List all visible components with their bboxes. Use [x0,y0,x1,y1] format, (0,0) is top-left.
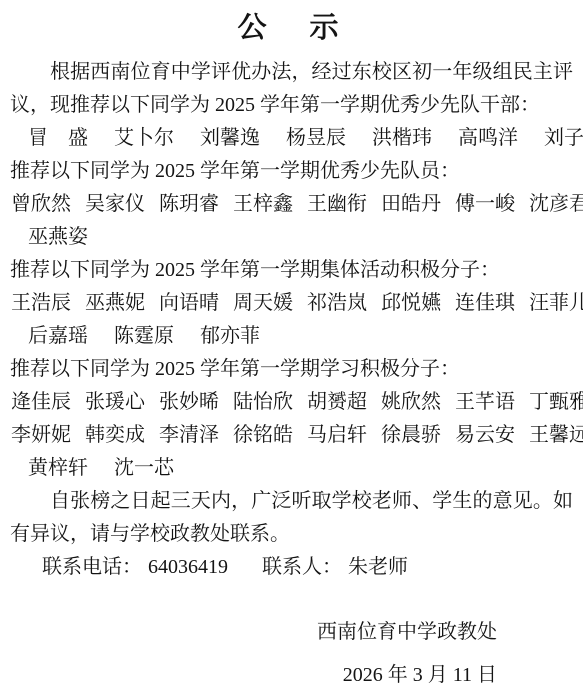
student-name: 黄梓轩 [28,452,88,485]
student-name: 沈一芯 [114,452,174,485]
student-name: 马启轩 [307,419,367,452]
contact-line: 联系电话：64036419联系人：朱老师 [42,551,583,584]
student-name: 祁浩岚 [307,287,367,320]
student-name: 邱悦嬿 [381,287,441,320]
student-name: 巫燕姿 [28,221,88,254]
student-name: 李清泽 [159,419,219,452]
student-name: 李妍妮 [11,419,71,452]
section-heading: 推荐以下同学为 2025 学年第一学期集体活动积极分子： [10,254,573,287]
student-name: 田皓丹 [381,188,441,221]
student-name: 丁甄雅 [529,386,583,419]
student-name: 曾欣然 [11,188,71,221]
student-name: 韩奕成 [85,419,145,452]
name-row: 曾欣然吴家仪陈玥睿王梓鑫王幽衔田皓丹傅一峻沈彦君 [11,188,577,221]
student-name: 陈玥睿 [159,188,219,221]
student-name: 陈霆原 [114,320,174,353]
page-title: 公 示 [0,8,583,48]
intro-paragraph: 根据西南位育中学评优办法，经过东校区初一年级组民主评议，现推荐以下同学为 202… [10,56,573,122]
student-name: 张瑗心 [85,386,145,419]
name-row: 李妍妮韩奕成李清泽徐铭皓马启轩徐晨骄易云安王馨远 [11,419,577,452]
student-name: 王梓鑫 [233,188,293,221]
student-name: 逄佳辰 [11,386,71,419]
student-name: 吴家仪 [85,188,145,221]
name-row: 后嘉瑶陈霆原郁亦菲 [28,320,577,353]
student-name: 陆怡欣 [233,386,293,419]
student-name: 王幽衔 [307,188,367,221]
contact-person-label: 联系人： [262,556,342,578]
student-name: 徐铭皓 [233,419,293,452]
signature: 西南位育中学政教处 [0,616,583,649]
student-name: 胡赟超 [307,386,367,419]
student-name: 冒 盛 [28,122,88,155]
student-name: 傅一峻 [455,188,515,221]
student-name: 后嘉瑶 [28,320,88,353]
date: 2026 年 3 月 11 日 [0,659,583,692]
student-name: 连佳琪 [455,287,515,320]
student-name: 徐晨骄 [381,419,441,452]
student-name: 杨昱辰 [286,122,346,155]
name-row: 逄佳辰张瑗心张妙晞陆怡欣胡赟超姚欣然王芊语丁甄雅 [11,386,577,419]
student-name: 王芊语 [455,386,515,419]
section-heading: 推荐以下同学为 2025 学年第一学期优秀少先队员： [10,155,573,188]
student-name: 刘子乔 [544,122,583,155]
student-name: 艾卜尔 [114,122,174,155]
name-row: 黄梓轩沈一芯 [28,452,577,485]
student-name: 洪楷玮 [372,122,432,155]
student-name: 张妙晞 [159,386,219,419]
name-row: 王浩辰巫燕妮向语晴周天媛祁浩岚邱悦嬿连佳琪汪菲儿 [11,287,577,320]
student-name: 刘馨逸 [200,122,260,155]
student-name: 易云安 [455,419,515,452]
name-row: 冒 盛艾卜尔刘馨逸杨昱辰洪楷玮高鸣洋刘子乔 [28,122,577,155]
section-heading: 推荐以下同学为 2025 学年第一学期学习积极分子： [10,353,573,386]
contact-phone-number: 64036419 [148,556,228,578]
closing-paragraph: 自张榜之日起三天内，广泛听取学校老师、学生的意见。如有异议，请与学校政教处联系。 [10,485,573,551]
notice-document: 公 示 根据西南位育中学评优办法，经过东校区初一年级组民主评议，现推荐以下同学为… [0,0,583,694]
student-name: 周天媛 [233,287,293,320]
student-name: 郁亦菲 [200,320,260,353]
contact-phone-label: 联系电话： [42,556,142,578]
student-name: 高鸣洋 [458,122,518,155]
student-name: 沈彦君 [529,188,583,221]
student-name: 汪菲儿 [529,287,583,320]
student-name: 王浩辰 [11,287,71,320]
name-row: 巫燕姿 [28,221,577,254]
sections-container: 冒 盛艾卜尔刘馨逸杨昱辰洪楷玮高鸣洋刘子乔推荐以下同学为 2025 学年第一学期… [0,122,583,485]
contact-person-name: 朱老师 [348,556,408,578]
student-name: 向语晴 [159,287,219,320]
student-name: 巫燕妮 [85,287,145,320]
student-name: 姚欣然 [381,386,441,419]
student-name: 王馨远 [529,419,583,452]
